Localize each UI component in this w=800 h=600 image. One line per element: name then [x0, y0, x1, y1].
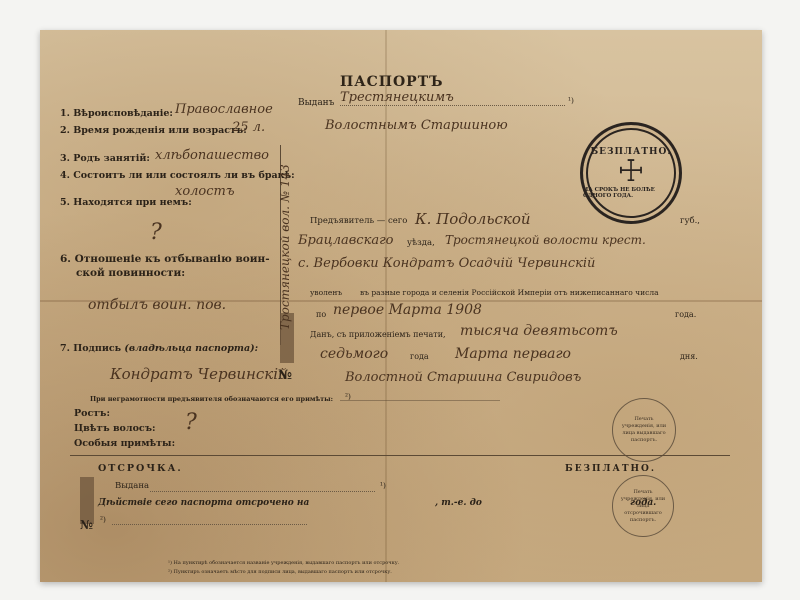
given-month-day: Марта перваго: [455, 346, 571, 362]
section-divider: [70, 455, 730, 456]
field-4: 4. Состоитъ ли или состоялъ ли въ бракѣ:: [60, 170, 295, 181]
field-1: 1. Вѣроисповѣданіе:: [60, 108, 173, 119]
signature-line: [340, 400, 500, 401]
special-marks-label: Особыя примѣты:: [74, 438, 175, 449]
day-label: дня.: [680, 352, 698, 361]
field-3: 3. Родъ занятій:: [60, 153, 150, 164]
bearer-uezd: Брацлавскаго: [298, 233, 393, 248]
issued-by-line1: Трестянецкимъ: [340, 90, 565, 106]
deferral-marker-2: ²): [100, 515, 106, 524]
bearer-label: Предъявитель — сего: [310, 216, 407, 226]
bearer-name: с. Вербовки Кондратъ Осадчій Червинскій: [298, 256, 595, 271]
field-7: 7. Подпись (владѣльца паспорта):: [60, 343, 258, 354]
illiterate-note: При неграмотности предъявителя обозначаю…: [90, 395, 333, 403]
footnote-marker-1: ¹): [568, 96, 574, 105]
po-label: по: [316, 310, 326, 319]
deferral-seal-placeholder: Печать учрежденія, или лица отсрочившаго…: [612, 475, 674, 537]
issued-label: Выданъ: [298, 98, 334, 108]
field-1-value: Православное: [175, 102, 273, 117]
given-label: Данъ, съ приложеніемъ печати,: [310, 330, 446, 339]
year-label-2: года: [410, 352, 429, 361]
uezd-label: уѣзда,: [407, 238, 435, 248]
footnote-2: ²) Пунктиръ означаетъ мѣсто для подписи …: [168, 569, 392, 575]
field-2-value: 25 л.: [232, 120, 265, 135]
bearer-volost: Тростянецкой волости крест.: [445, 233, 646, 247]
deferral-number-bar: [80, 477, 94, 524]
stamp-bottom-text: НА СРОКЪ НЕ БОЛѢЕ ОДНОГО ГОДА.: [583, 187, 679, 199]
hair-color-label: Цвѣтъ волосъ:: [74, 423, 156, 434]
number-sign: №: [278, 368, 292, 383]
year-label: года.: [675, 310, 696, 319]
free-stamp: БЕЗПЛАТНО. ☩ НА СРОКЪ НЕ БОЛѢЕ ОДНОГО ГО…: [580, 122, 682, 224]
height-label: Ростъ:: [74, 408, 110, 419]
deferral-marker-1: ¹): [380, 481, 386, 490]
footnote-1: ¹) На пунктирѣ обозначается названіе учр…: [168, 560, 399, 566]
owner-signature: Кондратъ Червинскій: [110, 365, 288, 383]
deferral-number-sign: №: [80, 518, 93, 532]
office-seal-placeholder: Печать учрежденія, или лица выдавшаго па…: [612, 398, 676, 462]
deferral-text: Дѣйствіе сего паспорта отсрочено на: [98, 498, 309, 508]
hair-color-value: ?: [185, 410, 197, 435]
gub-label: губ.,: [680, 216, 700, 226]
passport-document: ПАСПОРТЪ Выданъ Трестянецкимъ ¹) Волостн…: [40, 30, 762, 582]
given-year-words-2: седьмого: [320, 346, 388, 362]
margin-registry-note: Тростянецкой вол. № 143: [278, 164, 292, 330]
given-year-words: тысяча девятьсотъ: [460, 323, 618, 339]
deferral-free-label: БЕЗПЛАТНО.: [565, 464, 656, 474]
issued-by-line2: Волостнымъ Старшиною: [325, 118, 508, 133]
field-5-value: ?: [150, 220, 162, 245]
official-signature: Волостной Старшина Свиридовъ: [345, 370, 581, 385]
field-6-value: отбылъ воин. пов.: [88, 297, 226, 313]
field-5: 5. Находятся при немъ:: [60, 197, 192, 208]
document-title: ПАСПОРТЪ: [340, 74, 444, 90]
bearer-province: К. Подольской: [415, 210, 531, 228]
double-headed-eagle-icon: ☩: [618, 157, 645, 187]
until-date: первое Марта 1908: [333, 302, 482, 318]
field-2: 2. Время рожденія или возрастъ:: [60, 125, 247, 136]
dismissed-text: въ разные города и селенія Россійской Им…: [360, 288, 659, 297]
field-3-value: хлѣбопашество: [155, 148, 269, 163]
field-6-label2: ской повинности:: [76, 267, 185, 279]
field-6: 6. Отношеніе къ отбыванію воин-: [60, 253, 270, 265]
deferral-issued-line: [150, 491, 375, 492]
deferral-signature-line: [112, 524, 307, 525]
dismissed-label: уволенъ: [310, 288, 342, 297]
deferral-issued-label: Выдана: [115, 481, 149, 491]
deferral-title: ОТСРОЧКА.: [98, 463, 183, 474]
deferral-until-label: , т.-е. до: [435, 498, 482, 508]
